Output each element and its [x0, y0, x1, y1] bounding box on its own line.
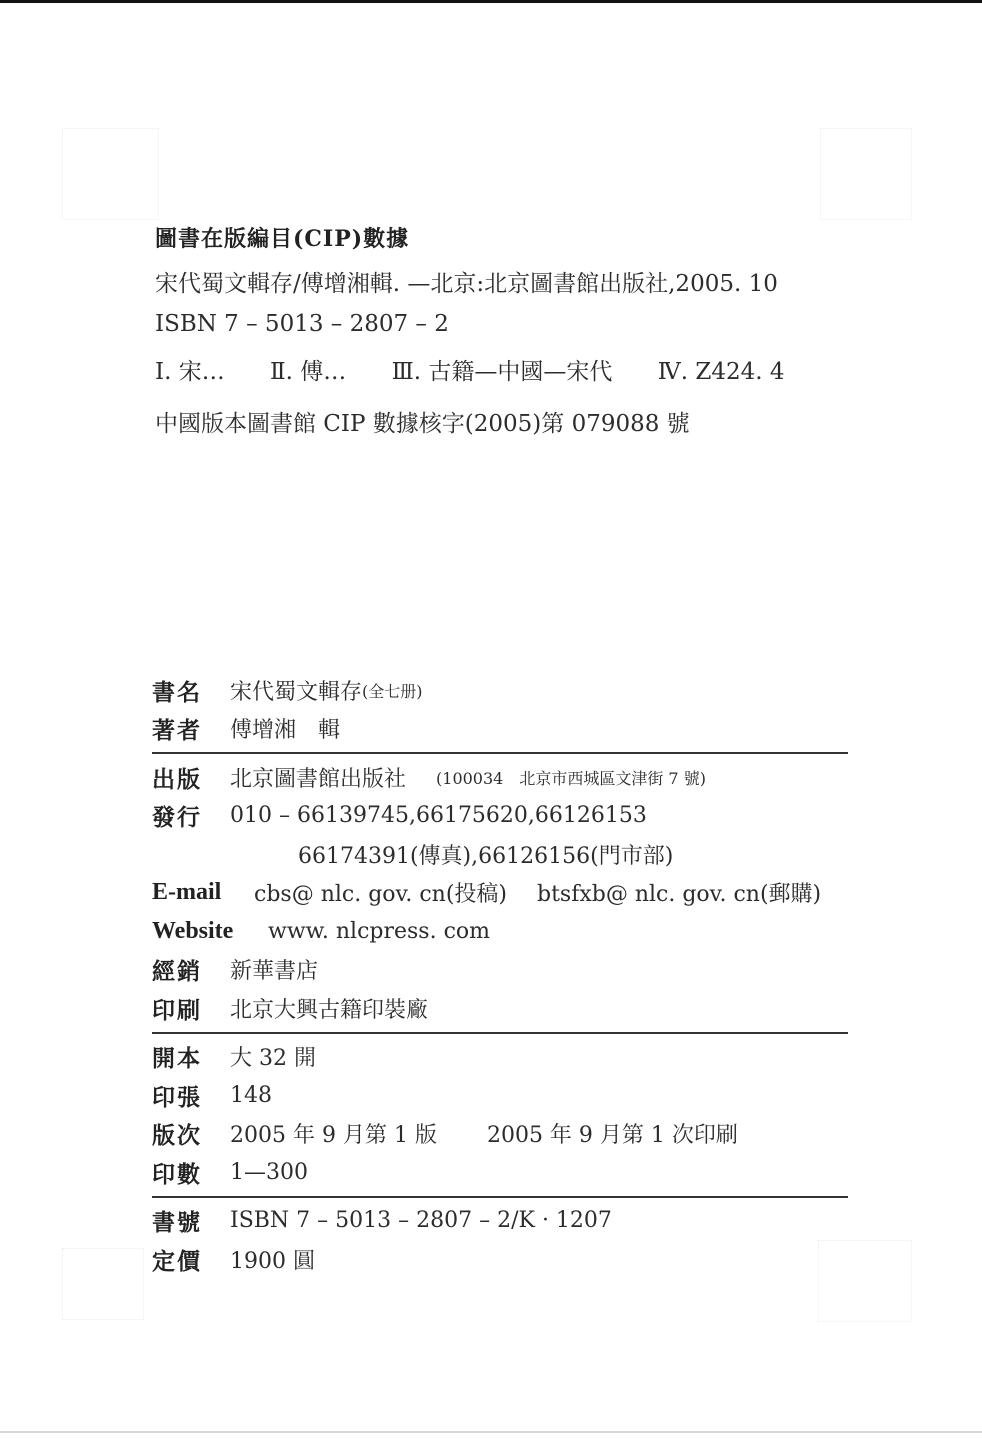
divider-3	[152, 1196, 848, 1198]
book-number-label: 書號	[152, 1204, 230, 1237]
colophon-block: 書名 宋代蜀文輯存 (全七册) 著者 傅增湘 輯 出版 北京圖書館出版社 (10…	[152, 671, 848, 1279]
bleedthrough-mark-bottom-left	[62, 1248, 144, 1320]
distributor-label: 經銷	[152, 953, 230, 986]
cip-classifications: Ⅰ. 宋… Ⅱ. 傅… Ⅲ. 古籍—中國—宋代 Ⅳ. Z424. 4	[155, 352, 875, 392]
divider-1	[152, 752, 848, 754]
cip-data-block: 圖書在版編目(CIP)數據 宋代蜀文輯存/傅增湘輯. —北京:北京圖書館出版社,…	[155, 222, 875, 444]
distribution-label: 發行	[152, 799, 230, 832]
publisher-value: 北京圖書館出版社	[230, 762, 406, 793]
website-value: www. nlcpress. com	[268, 919, 490, 944]
author-value: 傅增湘 輯	[230, 713, 340, 744]
row-author: 著者 傅增湘 輯	[152, 710, 848, 749]
sheets-label: 印張	[152, 1079, 230, 1112]
cip-heading: 圖書在版編目(CIP)數據	[155, 222, 875, 256]
distribution-phones: 010 – 66139745,66175620,66126153	[230, 803, 647, 828]
classification-3: Ⅲ. 古籍—中國—宋代	[392, 359, 613, 385]
distributor-value: 新華書店	[230, 954, 318, 985]
classification-4: Ⅳ. Z424. 4	[658, 359, 785, 385]
price-value: 1900 圓	[230, 1244, 315, 1275]
printer-value: 北京大興古籍印裝廠	[230, 993, 428, 1024]
distribution-phones-2: 66174391(傳真),66126156(門市部)	[298, 839, 673, 870]
divider-2	[152, 1032, 848, 1034]
row-publisher: 出版 北京圖書館出版社 (100034 北京市西城區文津街 7 號)	[152, 758, 848, 797]
classification-2: Ⅱ. 傅…	[270, 359, 346, 385]
row-price: 定價 1900 圓	[152, 1240, 848, 1279]
row-distributor: 經銷 新華書店	[152, 951, 848, 990]
sheets-value: 148	[230, 1083, 272, 1108]
title-label: 書名	[152, 674, 230, 707]
publisher-address: (100034 北京市西城區文津街 7 號)	[436, 766, 706, 789]
row-title: 書名 宋代蜀文輯存 (全七册)	[152, 671, 848, 710]
row-email: E-mail cbs@ nlc. gov. cn(投稿) btsfxb@ nlc…	[152, 874, 848, 913]
bleedthrough-mark-top-right	[820, 128, 912, 220]
row-edition: 版次 2005 年 9 月第 1 版 2005 年 9 月第 1 次印刷	[152, 1115, 848, 1154]
classification-1: Ⅰ. 宋…	[155, 359, 225, 385]
email-label: E-mail	[152, 879, 254, 906]
row-print-run: 印數 1—300	[152, 1153, 848, 1192]
book-number-value: ISBN 7 – 5013 – 2807 – 2/K · 1207	[230, 1208, 612, 1233]
publisher-label: 出版	[152, 761, 230, 794]
cip-record-number: 中國版本圖書館 CIP 數據核字(2005)第 079088 號	[155, 404, 875, 444]
format-value: 大 32 開	[230, 1041, 316, 1072]
row-format: 開本 大 32 開	[152, 1038, 848, 1077]
print-run-label: 印數	[152, 1156, 230, 1189]
row-printer: 印刷 北京大興古籍印裝廠	[152, 989, 848, 1028]
edition-label: 版次	[152, 1117, 230, 1150]
print-run-value: 1—300	[230, 1160, 308, 1185]
email-submissions: cbs@ nlc. gov. cn(投稿)	[254, 877, 507, 908]
title-value: 宋代蜀文輯存	[230, 675, 362, 706]
page-top-edge	[0, 0, 982, 3]
row-website: Website www. nlcpress. com	[152, 912, 848, 951]
printer-label: 印刷	[152, 992, 230, 1025]
website-label: Website	[152, 918, 268, 945]
author-label: 著者	[152, 712, 230, 745]
page-bottom-edge	[0, 1431, 982, 1433]
email-mail-order: btsfxb@ nlc. gov. cn(郵購)	[537, 877, 821, 908]
price-label: 定價	[152, 1243, 230, 1276]
bleedthrough-mark-top-left	[62, 128, 159, 220]
row-book-number: 書號 ISBN 7 – 5013 – 2807 – 2/K · 1207	[152, 1202, 848, 1241]
title-note: (全七册)	[362, 679, 423, 702]
row-sheets: 印張 148	[152, 1076, 848, 1115]
row-distribution-cont: 66174391(傳真),66126156(門市部)	[152, 835, 848, 874]
format-label: 開本	[152, 1040, 230, 1073]
cip-isbn: ISBN 7 – 5013 – 2807 – 2	[155, 304, 875, 344]
edition-value: 2005 年 9 月第 1 版	[230, 1118, 437, 1149]
cip-citation: 宋代蜀文輯存/傅增湘輯. —北京:北京圖書館出版社,2005. 10	[155, 264, 875, 304]
row-distribution: 發行 010 – 66139745,66175620,66126153	[152, 797, 848, 836]
printing-value: 2005 年 9 月第 1 次印刷	[487, 1118, 738, 1149]
